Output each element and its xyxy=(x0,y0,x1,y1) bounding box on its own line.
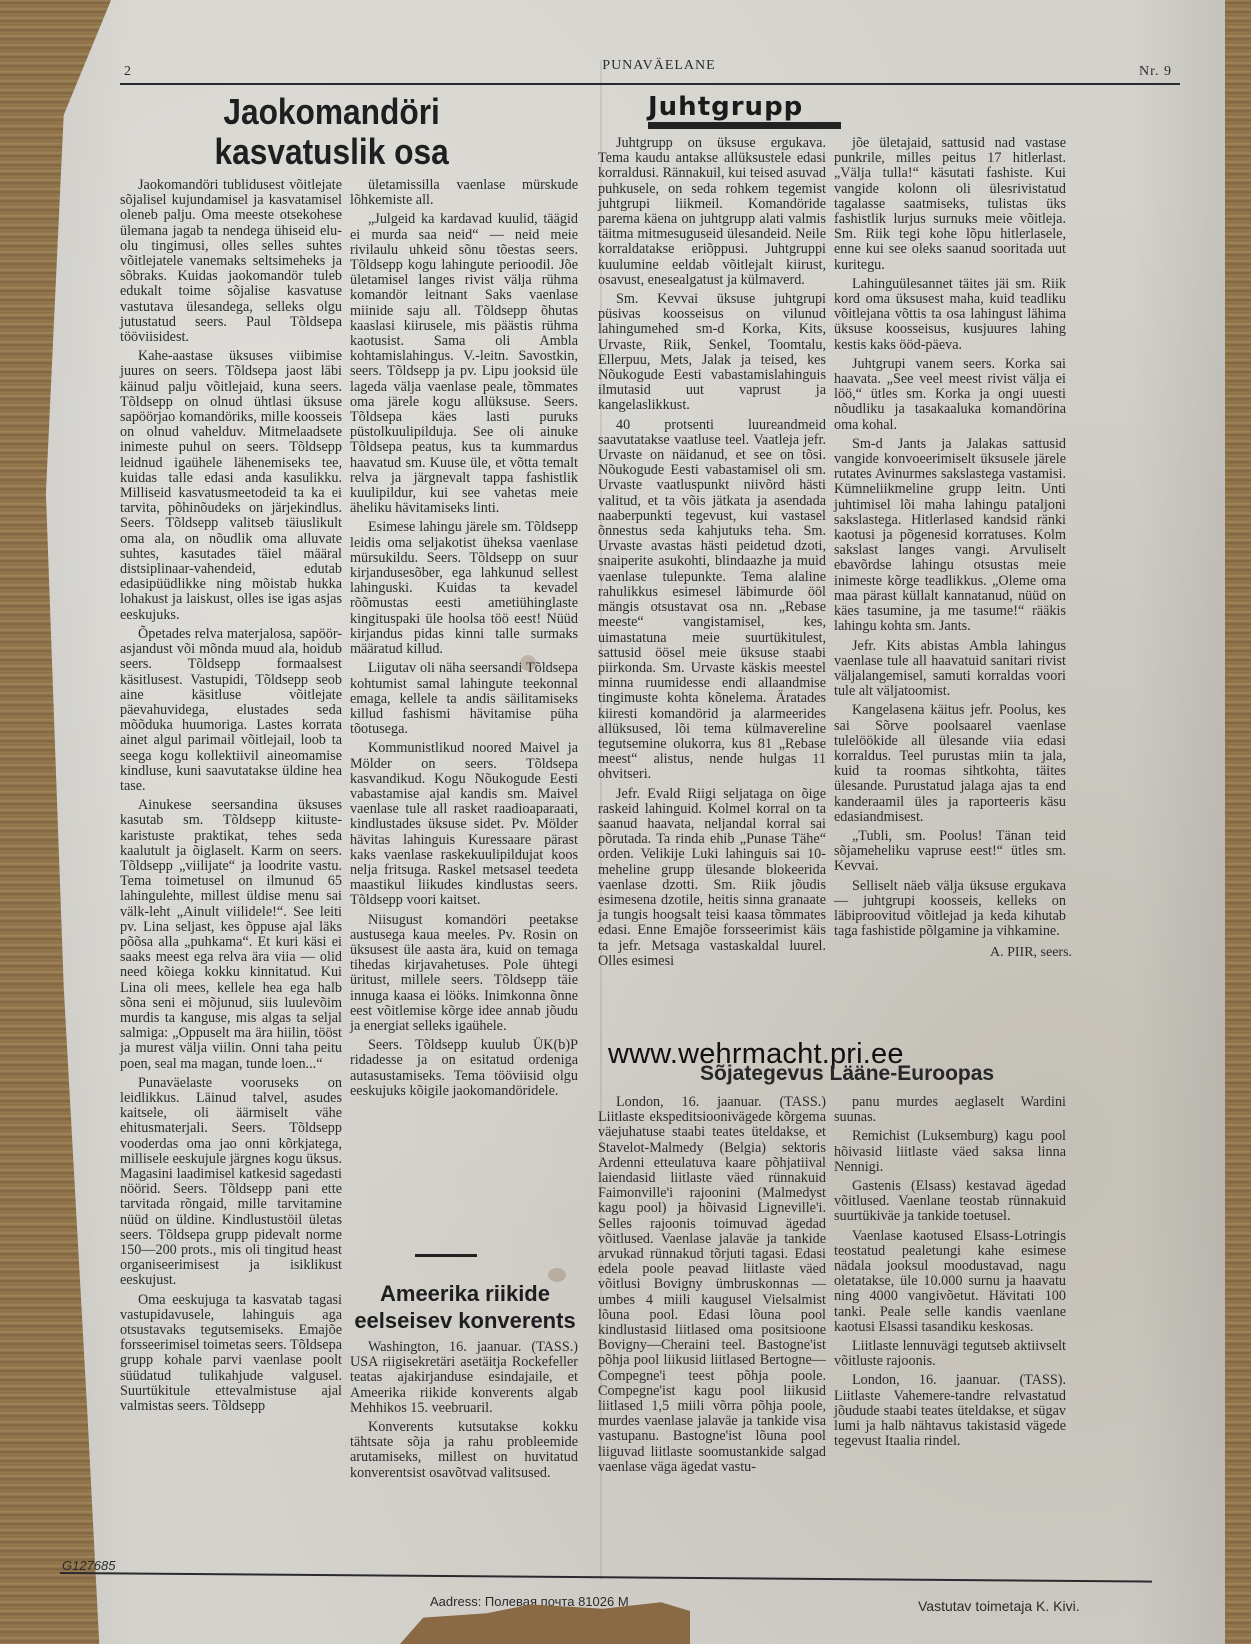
paragraph: „Julgeid ka kardavad kuulid, täägid ei m… xyxy=(350,212,578,516)
article-title-jaokomandori: Jaokomandöri kasvatuslik osa xyxy=(160,92,503,172)
article-title-ameerika: Ameerika riikide eelseisev konverents xyxy=(340,1280,590,1334)
article1-column1: Jaokomandöri tublidusest võitlejate sõja… xyxy=(120,178,342,1418)
paragraph: Liigutav oli näha seersandi Tõldsepa koh… xyxy=(350,661,578,737)
paragraph: Esimese lahingu järele sm. Tõldsepp leid… xyxy=(350,520,578,657)
paragraph: Konverents kutsutakse kokku tähtsate sõj… xyxy=(350,1420,578,1481)
paragraph: Kahe-aastase üksuses viibimise juures on… xyxy=(120,349,342,623)
article3-body: Washington, 16. jaanuar. (TASS.) USA rii… xyxy=(350,1340,578,1485)
paragraph: Sm-d Jants ja Jalakas sattusid vangide k… xyxy=(834,437,1066,635)
paragraph: jõe ületajaid, sattusid nad vastase punk… xyxy=(834,136,1066,273)
paragraph: Liitlaste lennuvägi tegutseb aktiivselt … xyxy=(834,1339,1066,1369)
paragraph: London, 16. jaanuar. (TASS.) Liitlaste e… xyxy=(598,1095,826,1475)
article-title-juhtgrupp: Juhtgrupp xyxy=(648,92,803,122)
paragraph: Jefr. Kits abistas Ambla lahingus vaenla… xyxy=(834,639,1066,700)
title-line: eelseisev konverents xyxy=(340,1307,590,1334)
paragraph: Juhtgrupp on üksuse ergukava. Tema kaudu… xyxy=(598,136,826,288)
title-line: Jaokomandöri xyxy=(160,92,503,132)
paragraph: Kangelasena käitus jefr. Poolus, kes sai… xyxy=(834,703,1066,825)
title-line: kasvatuslik osa xyxy=(160,132,503,172)
article4-column2: panu murdes aeglaselt Wardini suunas.Rem… xyxy=(834,1095,1066,1453)
paragraph: Vaenlase kaotused Elsass-Lotringis teost… xyxy=(834,1229,1066,1335)
paragraph: Lahinguülesannet täites jäi sm. Riik kor… xyxy=(834,277,1066,353)
paragraph: London, 16. jaanuar. (TASS). Liitlaste V… xyxy=(834,1373,1066,1449)
paragraph: Kommunistlikud noored Maivel ja Mölder o… xyxy=(350,741,578,908)
section-divider xyxy=(415,1254,477,1257)
paragraph: ületamissilla vaenlase mürskude lõhkemis… xyxy=(350,178,578,208)
paragraph: „Tubli, sm. Poolus! Tänan teid sõjamehel… xyxy=(834,829,1066,875)
paragraph: Remichist (Luksemburg) kagu pool hõivasi… xyxy=(834,1129,1066,1175)
paragraph: 40 protsenti luureandmeid saavutatakse v… xyxy=(598,418,826,783)
paragraph: Ainukese seersandina üksuses kasutab sm.… xyxy=(120,798,342,1072)
paragraph: Niisugust komandöri peetakse austusega k… xyxy=(350,913,578,1035)
paragraph: Õpetades relva materjalosa, sapöör-asjan… xyxy=(120,627,342,794)
paragraph: Oma eeskujuga ta kasvatab tagasi vastupi… xyxy=(120,1293,342,1415)
paragraph: Punaväelaste vooruseks on leidlikkus. Lä… xyxy=(120,1076,342,1289)
paragraph: Jefr. Evald Riigi seljataga on õige rask… xyxy=(598,787,826,969)
article-title-sojategevus: Sõjategevus Lääne-Euroopas xyxy=(700,1062,994,1086)
article2-column2: jõe ületajaid, sattusid nad vastase punk… xyxy=(834,136,1066,943)
header-rule xyxy=(120,83,1180,85)
article-signature: A. PIIR, seers. xyxy=(990,945,1072,961)
print-code: G127685 xyxy=(62,1558,116,1573)
paragraph: Jaokomandöri tublidusest võitlejate sõja… xyxy=(120,178,342,345)
responsible-editor: Vastutav toimetaja K. Kivi. xyxy=(918,1598,1080,1614)
paragraph: Sm. Kevvai üksuse juhtgrupi püsivas koos… xyxy=(598,292,826,414)
paragraph: Seers. Tõldsepp kuulub ÜK(b)P ridadesse … xyxy=(350,1038,578,1099)
paragraph: Juhtgrupi vanem seers. Korka sai haavata… xyxy=(834,357,1066,433)
paragraph: Gastenis (Elsass) kestavad ägedad võitlu… xyxy=(834,1179,1066,1225)
paragraph: panu murdes aeglaselt Wardini suunas. xyxy=(834,1095,1066,1125)
masthead: 2 PUNAVÄELANE Nr. 9 xyxy=(118,58,1200,82)
title-line: Ameerika riikide xyxy=(340,1280,590,1307)
article1-column2: ületamissilla vaenlase mürskude lõhkemis… xyxy=(350,178,578,1103)
article4-column1: London, 16. jaanuar. (TASS.) Liitlaste e… xyxy=(598,1095,826,1479)
publication-name: PUNAVÄELANE xyxy=(118,58,1200,74)
article2-column1: Juhtgrupp on üksuse ergukava. Tema kaudu… xyxy=(598,136,826,973)
paragraph: Selliselt näeb välja üksuse ergukava — j… xyxy=(834,879,1066,940)
issue-number: Nr. 9 xyxy=(1139,64,1172,80)
paragraph: Washington, 16. jaanuar. (TASS.) USA rii… xyxy=(350,1340,578,1416)
title-underline xyxy=(648,122,841,129)
